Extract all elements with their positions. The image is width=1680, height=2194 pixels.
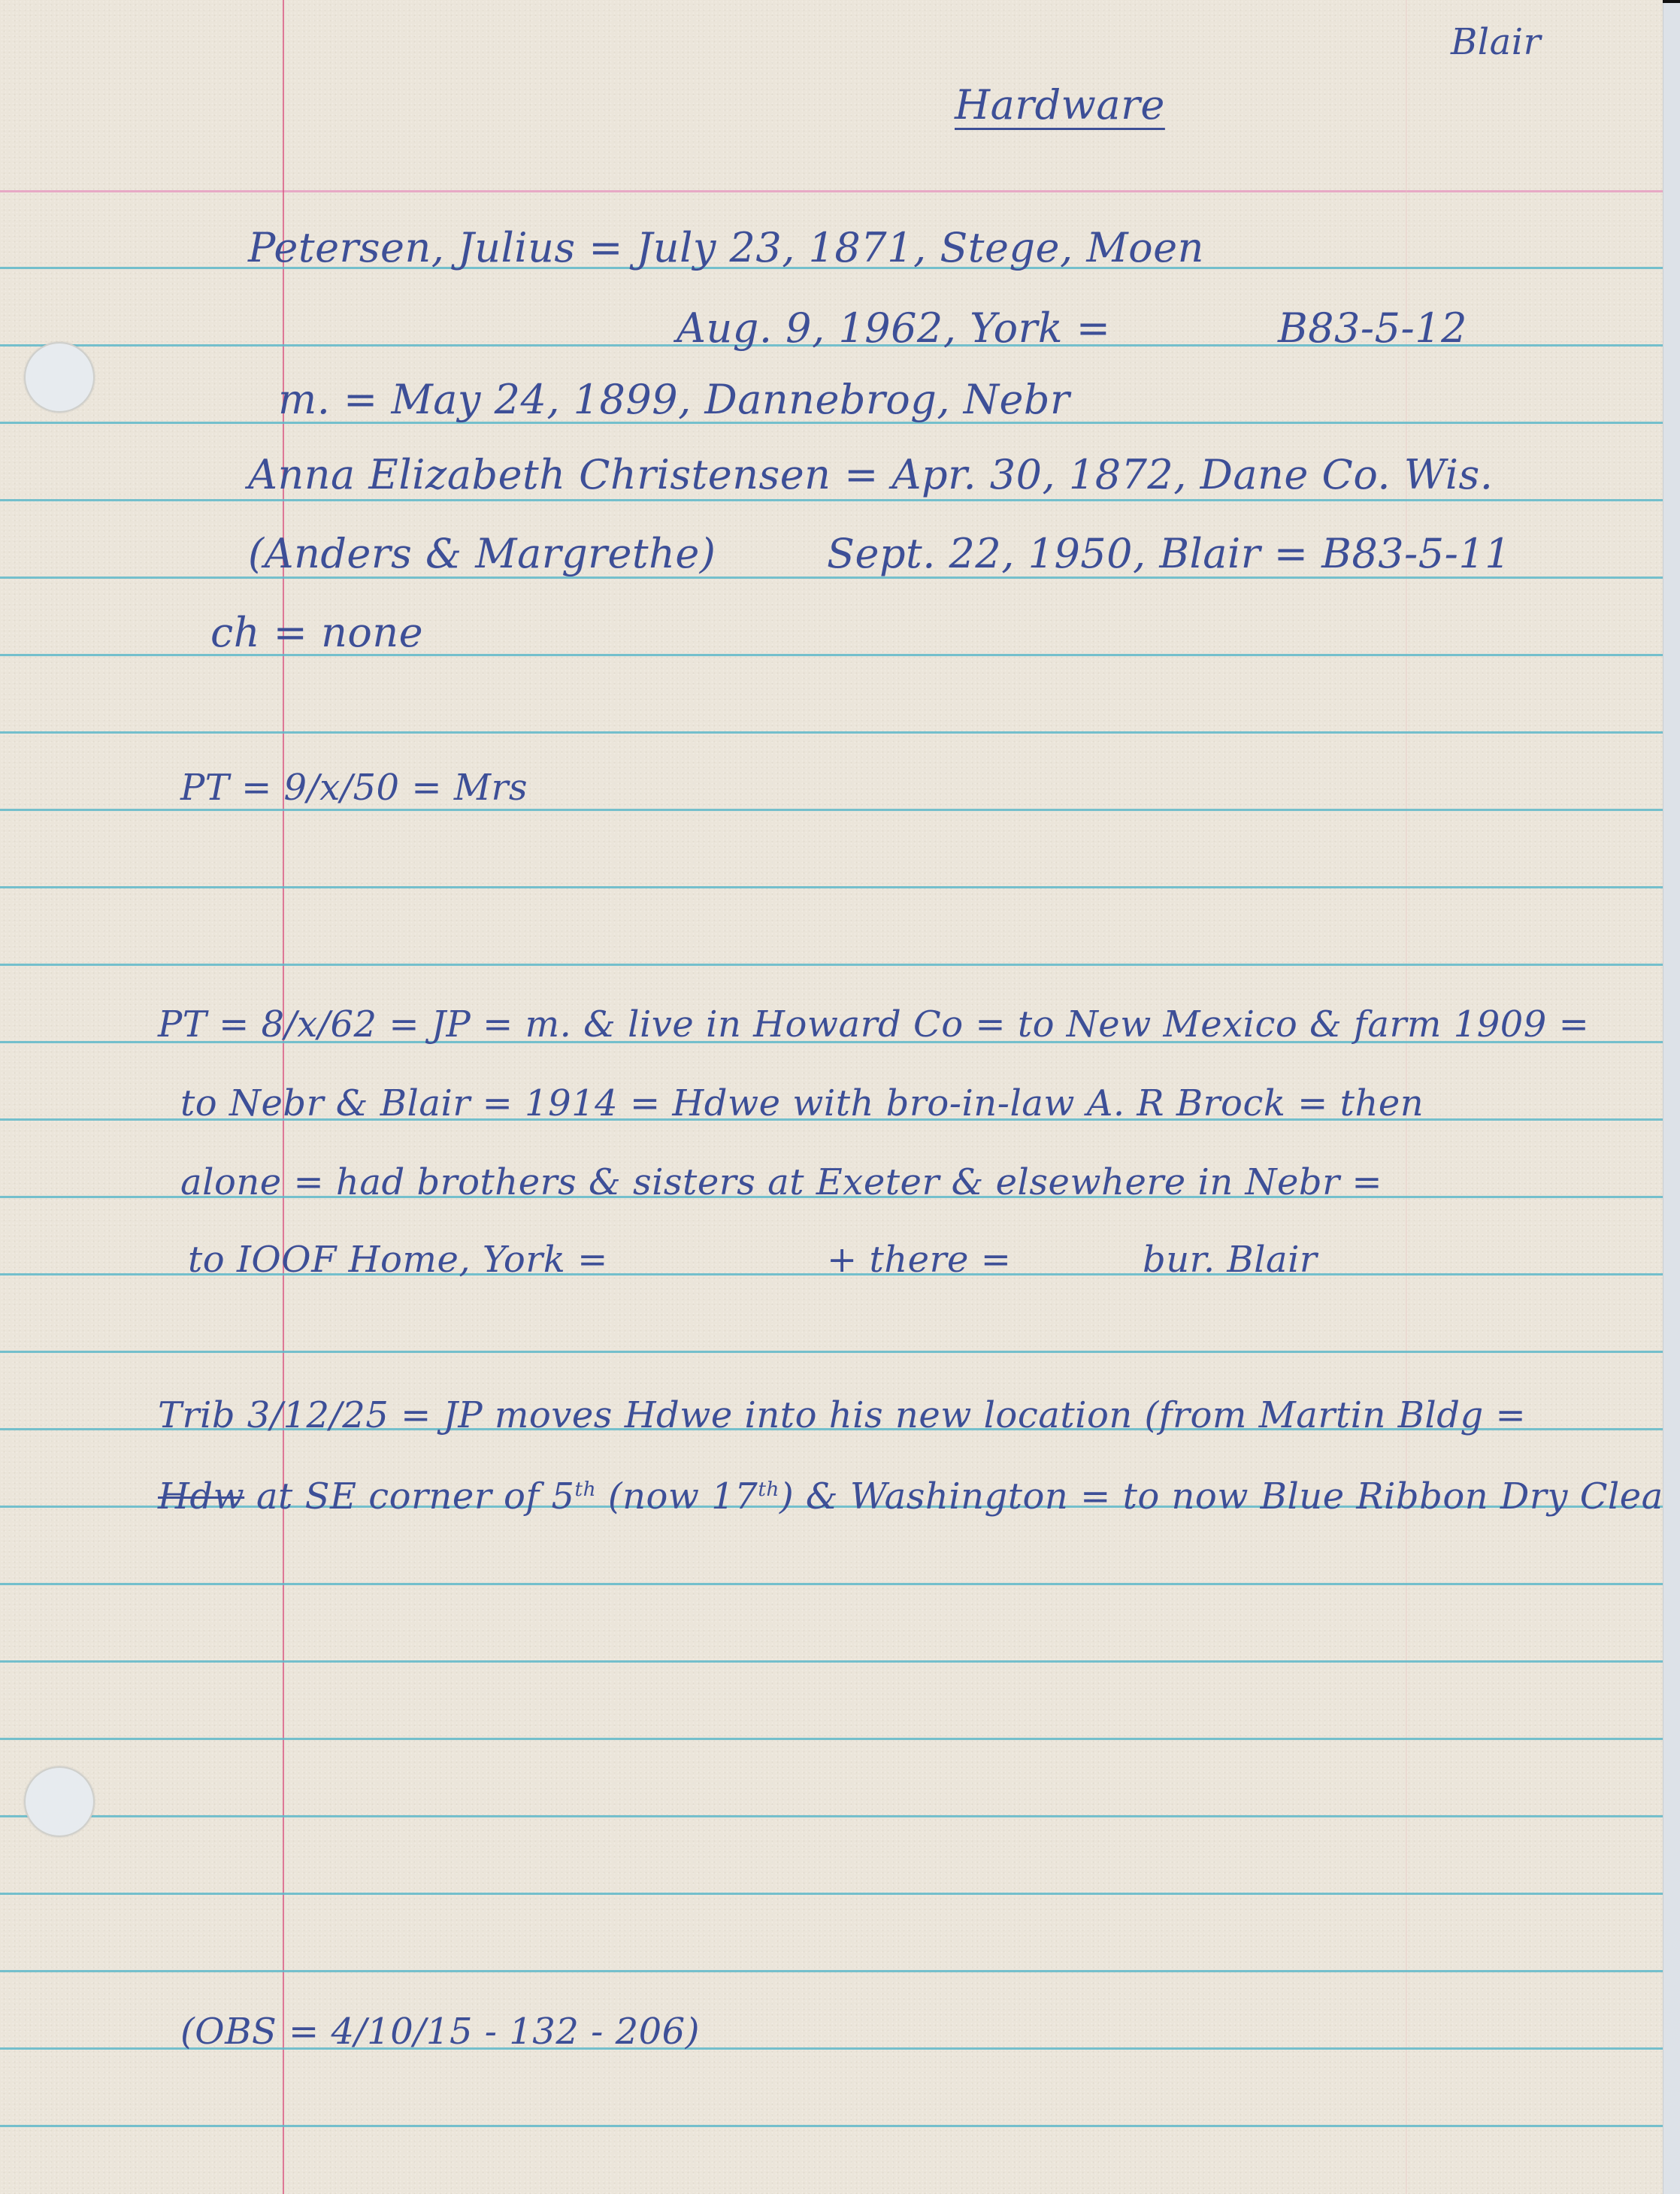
note-line: PT = 8/x/62 = JP = m. & live in Howard C… xyxy=(158,1003,1589,1046)
ruled-line xyxy=(0,1738,1663,1740)
note-line: + there = xyxy=(827,1239,1011,1281)
footer-reference: (OBS = 4/10/15 - 132 - 206) xyxy=(180,2011,700,2053)
ruled-line xyxy=(0,1893,1663,1895)
ruled-line xyxy=(0,809,1663,811)
name-line: Petersen, Julius = July 23, 1871, Stege,… xyxy=(248,224,1204,271)
ruled-line xyxy=(0,1660,1663,1663)
spouse-parents: (Anders & Margrethe) xyxy=(248,530,716,577)
punch-hole-top xyxy=(24,342,95,413)
children-line: ch = none xyxy=(210,609,423,656)
punch-hole-bottom xyxy=(24,1766,95,1837)
ruled-line xyxy=(0,1815,1663,1817)
death-ref: B83-5-12 xyxy=(1278,304,1467,352)
note-line: PT = 9/x/50 = Mrs xyxy=(180,767,528,809)
ruled-line xyxy=(0,1351,1663,1353)
lined-paper: Blair Hardware Petersen, Julius = July 2… xyxy=(0,0,1663,2194)
struck-word: Hdw xyxy=(158,1475,244,1518)
ruled-line xyxy=(0,731,1663,734)
spouse-line: Anna Elizabeth Christensen = Apr. 30, 18… xyxy=(248,451,1493,498)
trib-note-line-1: Trib 3/12/25 = JP moves Hdwe into his ne… xyxy=(158,1394,1526,1436)
scan-corner xyxy=(1663,0,1680,3)
header-rule xyxy=(0,190,1663,192)
note-line: to IOOF Home, York = xyxy=(188,1239,608,1281)
trib-note-line-2: Hdw at SE corner of 5th (now 17th) & Was… xyxy=(158,1475,1680,1518)
ruled-line xyxy=(0,1970,1663,1972)
death-line: Aug. 9, 1962, York = xyxy=(677,304,1111,352)
page-title: Hardware xyxy=(955,81,1165,129)
spouse-death: Sept. 22, 1950, Blair = B83-5-11 xyxy=(827,530,1511,577)
corner-label: Blair xyxy=(1451,21,1541,63)
ruled-line xyxy=(0,964,1663,966)
ruled-line xyxy=(0,886,1663,888)
note-line: alone = had brothers & sisters at Exeter… xyxy=(180,1161,1382,1203)
ruled-line xyxy=(0,1583,1663,1585)
note-line: to Nebr & Blair = 1914 = Hdwe with bro-i… xyxy=(180,1082,1424,1124)
ruled-line xyxy=(0,2125,1663,2127)
scan-edge xyxy=(1663,0,1680,2194)
ruled-line xyxy=(0,499,1663,501)
note-line: bur. Blair xyxy=(1143,1239,1317,1281)
marriage-line: m. = May 24, 1899, Dannebrog, Nebr xyxy=(278,376,1070,423)
